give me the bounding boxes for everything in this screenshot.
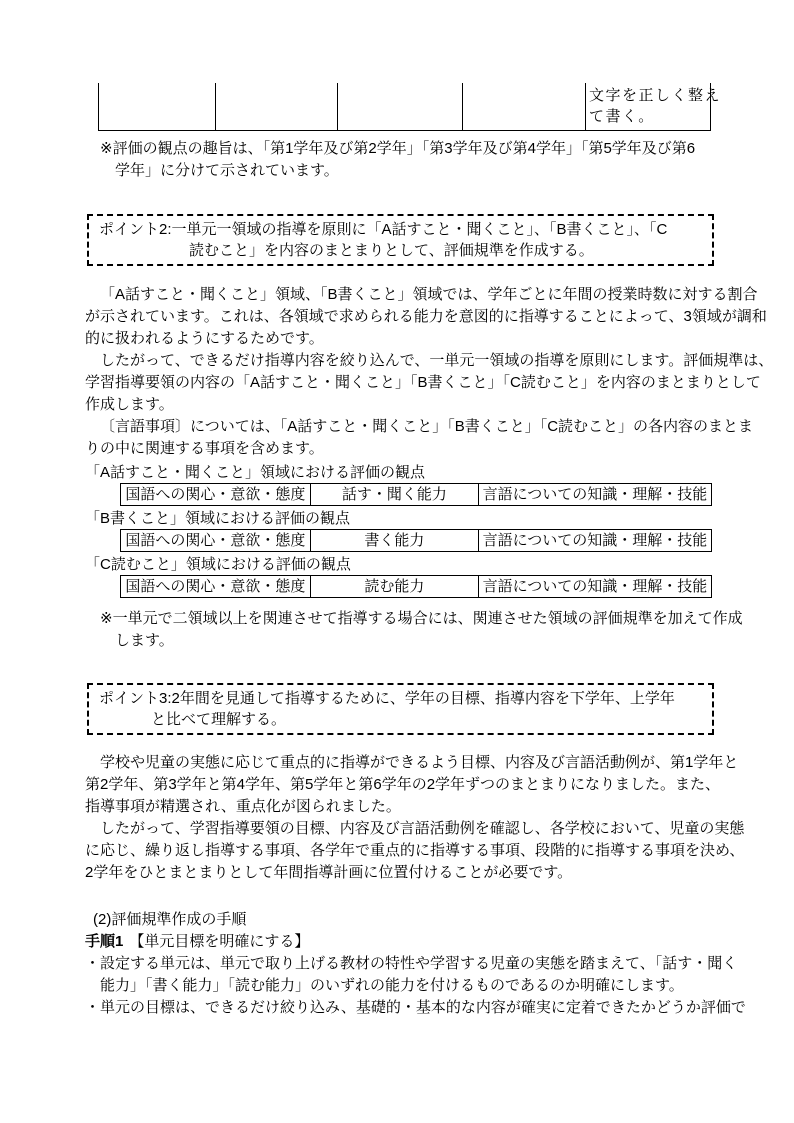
step1-title: 【単元目標を明確にする】 bbox=[129, 933, 309, 950]
multi-domain-note: ※一単元で二領域以上を関連させて指導する場合には、関連させた領域の評価規準を加え… bbox=[85, 608, 712, 652]
paragraph-line: 指導事項が精選され、重点化が図られました。 bbox=[85, 796, 712, 818]
paragraph-line: したがって、できるだけ指導内容を絞り込んで、一単元一領域の指導を原則にします。評… bbox=[85, 350, 712, 372]
paragraph-line: 学校や児童の実態に応じて重点的に指導ができるよう目標、内容及び言語活動例が、第1… bbox=[85, 752, 712, 774]
point2-box: ポイント2:一単元一領域の指導を原則に「A話すこと・聞くこと」、「B書くこと」、… bbox=[87, 214, 714, 266]
table-cell: 言語についての知識・理解・技能 bbox=[478, 576, 711, 597]
table-cell: 国語への関心・意欲・態度 bbox=[121, 576, 310, 597]
note-line: します。 bbox=[85, 630, 712, 652]
point3-box: ポイント3:2年間を見通して指導するために、学年の目標、指導内容を下学年、上学年… bbox=[87, 683, 714, 735]
paragraph-line: 学習指導要領の内容の「A話すこと・聞くこと」「B書くこと」「C読むこと」を内容の… bbox=[85, 372, 712, 394]
paragraph-line: 「A話すこと・聞くこと」領域、「B書くこと」領域では、学年ごとに年間の授業時数に… bbox=[85, 284, 712, 306]
point3-line2: と比べて理解する。 bbox=[99, 709, 706, 730]
table-caption-a: 「A話すこと・聞くこと」領域における評価の観点 bbox=[85, 462, 712, 483]
table-cell: 言語についての知識・理解・技能 bbox=[478, 484, 711, 505]
table-cell-line: て書く。 bbox=[589, 106, 707, 127]
table-cell-empty bbox=[98, 83, 215, 130]
table-cell-writing-note: 文字を正しく整え て書く。 bbox=[585, 83, 711, 130]
bullet-line: ・設定する単元は、単元で取り上げる教材の特性や学習する児童の実態を踏まえて、「話… bbox=[85, 953, 712, 975]
body-paragraphs-2: 学校や児童の実態に応じて重点的に指導ができるよう目標、内容及び言語活動例が、第1… bbox=[85, 752, 712, 884]
table-cell: 言語についての知識・理解・技能 bbox=[478, 530, 711, 551]
paragraph-line: 第2学年、第3学年と第4学年、第5学年と第6学年の2学年ずつのまとまりになりまし… bbox=[85, 774, 712, 796]
paragraph-line: 2学年をひとまとまりとして年間指導計画に位置付けることが必要です。 bbox=[85, 862, 712, 884]
section-heading-procedure: (2)評価規準作成の手順 bbox=[85, 909, 712, 931]
point3-line1: ポイント3:2年間を見通して指導するために、学年の目標、指導内容を下学年、上学年 bbox=[99, 688, 706, 709]
table-caption-b: 「B書くこと」領域における評価の観点 bbox=[85, 508, 712, 529]
table-caption-c: 「C読むこと」領域における評価の観点 bbox=[85, 554, 712, 575]
table-cell-empty bbox=[337, 83, 462, 130]
table-cell: 読む能力 bbox=[310, 576, 478, 597]
step1-bullets: ・設定する単元は、単元で取り上げる教材の特性や学習する児童の実態を踏まえて、「話… bbox=[85, 953, 712, 1019]
note-line: 学年」に分けて示されています。 bbox=[85, 160, 712, 182]
body-paragraphs: 「A話すこと・聞くこと」領域、「B書くこと」領域では、学年ごとに年間の授業時数に… bbox=[85, 284, 712, 460]
bullet-line: ・単元の目標は、できるだけ絞り込み、基礎的・基本的な内容が確実に定着できたかどう… bbox=[85, 997, 712, 1019]
table-cell: 国語への関心・意欲・態度 bbox=[121, 484, 310, 505]
paragraph-line: に応じ、繰り返し指導する事項、各学年で重点的に指導する事項、段階的に指導する事項… bbox=[85, 840, 712, 862]
evaluation-viewpoints-table-b: 国語への関心・意欲・態度 書く能力 言語についての知識・理解・技能 bbox=[120, 529, 712, 552]
note-line: ※評価の観点の趣旨は、「第1学年及び第2学年」「第3学年及び第4学年」「第5学年… bbox=[85, 138, 712, 160]
paragraph-line: 作成します。 bbox=[85, 394, 712, 416]
table-cell-empty bbox=[215, 83, 337, 130]
table-cell: 書く能力 bbox=[310, 530, 478, 551]
point2-line2: 読むこと」を内容のまとまりとして、評価規準を作成する。 bbox=[99, 240, 706, 261]
paragraph-line: 的に扱われるようにするためです。 bbox=[85, 328, 712, 350]
table-cell: 国語への関心・意欲・態度 bbox=[121, 530, 310, 551]
grade-objectives-table-fragment: 文字を正しく整え て書く。 bbox=[98, 83, 711, 131]
table-cell-line: 文字を正しく整え bbox=[589, 85, 707, 106]
step1-heading: 手順1【単元目標を明確にする】 bbox=[85, 931, 712, 953]
document-page: 文字を正しく整え て書く。 ※評価の観点の趣旨は、「第1学年及び第2学年」「第3… bbox=[0, 0, 794, 1123]
table-cell-empty bbox=[462, 83, 585, 130]
paragraph-line: 〔言語事項〕については、「A話すこと・聞くこと」「B書くこと」「C読むこと」の各… bbox=[85, 416, 712, 438]
note-line: ※一単元で二領域以上を関連させて指導する場合には、関連させた領域の評価規準を加え… bbox=[85, 608, 712, 630]
table-cell: 話す・聞く能力 bbox=[310, 484, 478, 505]
evaluation-viewpoints-table-c: 国語への関心・意欲・態度 読む能力 言語についての知識・理解・技能 bbox=[120, 575, 712, 598]
step1-label: 手順1 bbox=[85, 933, 123, 950]
paragraph-line: したがって、学習指導要領の目標、内容及び言語活動例を確認し、各学校において、児童… bbox=[85, 818, 712, 840]
evaluation-viewpoints-table-a: 国語への関心・意欲・態度 話す・聞く能力 言語についての知識・理解・技能 bbox=[120, 483, 712, 506]
bullet-line: 能力」「書く能力」「読む能力」のいずれの能力を付けるものであるのか明確にします。 bbox=[85, 975, 712, 997]
point2-line1: ポイント2:一単元一領域の指導を原則に「A話すこと・聞くこと」、「B書くこと」、… bbox=[99, 219, 706, 240]
evaluation-viewpoints-note: ※評価の観点の趣旨は、「第1学年及び第2学年」「第3学年及び第4学年」「第5学年… bbox=[85, 138, 712, 182]
paragraph-line: が示されています。これは、各領域で求められる能力を意図的に指導することによって、… bbox=[85, 306, 712, 328]
paragraph-line: りの中に関連する事項を含めます。 bbox=[85, 438, 712, 460]
